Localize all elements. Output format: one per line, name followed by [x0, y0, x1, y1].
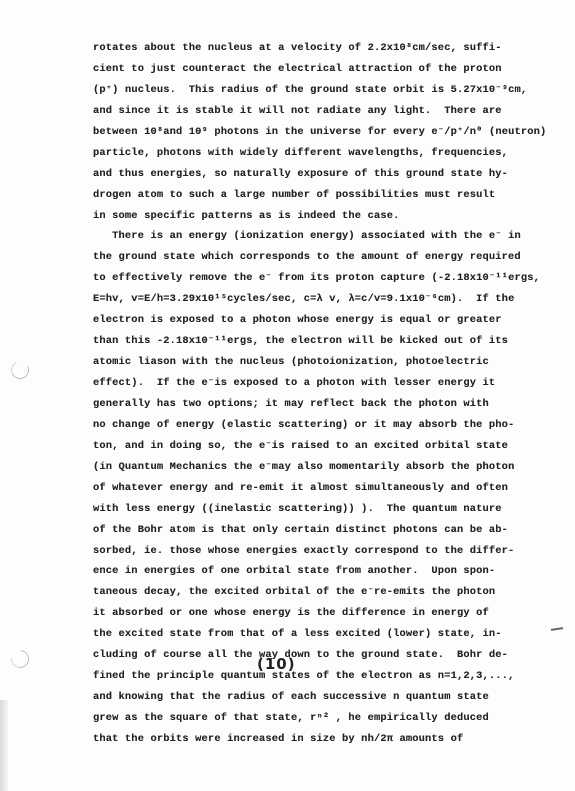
text-line: in some specific patterns as is indeed t… [93, 206, 553, 227]
page-number: (10) [257, 655, 296, 673]
text-line: sorbed, ie. those whose energies exactly… [93, 541, 553, 562]
text-line: and thus energies, so naturally exposure… [93, 164, 553, 185]
text-line: electron is exposed to a photon whose en… [93, 310, 553, 331]
text-line: generally has two options; it may reflec… [93, 394, 553, 415]
text-line: than this -2.18x10⁻¹¹ergs, the electron … [93, 331, 553, 352]
text-line: of the Bohr atom is that only certain di… [93, 520, 553, 541]
text-line: to effectively remove the e⁻ from its pr… [93, 268, 553, 289]
text-line: the excited state from that of a less ex… [93, 624, 553, 645]
punch-hole-mark [8, 358, 31, 381]
punch-hole-mark [7, 646, 32, 671]
typewritten-body: rotates about the nucleus at a velocity … [93, 38, 553, 750]
text-line: no change of energy (elastic scattering)… [93, 415, 553, 436]
text-line: and knowing that the radius of each succ… [93, 687, 553, 708]
text-line: atomic liason with the nucleus (photoion… [93, 352, 553, 373]
text-line: drogen atom to such a large number of po… [93, 185, 553, 206]
text-line: cient to just counteract the electrical … [93, 59, 553, 80]
text-line: with less energy ((inelastic scattering)… [93, 499, 553, 520]
text-line: of whatever energy and re-emit it almost… [93, 478, 553, 499]
text-line: There is an energy (ionization energy) a… [93, 226, 553, 247]
text-line: between 10⁸and 10⁹ photons in the univer… [93, 122, 553, 143]
text-line: and since it is stable it will not radia… [93, 101, 553, 122]
text-line: the ground state which corresponds to th… [93, 247, 553, 268]
text-line: rotates about the nucleus at a velocity … [93, 38, 553, 59]
text-line: cluding of course all the way down to th… [93, 645, 553, 666]
page-edge-shadow [0, 700, 8, 791]
text-line: ton, and in doing so, the e⁻is raised to… [93, 436, 553, 457]
text-line: it absorbed or one whose energy is the d… [93, 603, 553, 624]
text-line: that the orbits were increased in size b… [93, 729, 553, 750]
scanned-page: rotates about the nucleus at a velocity … [0, 0, 575, 791]
text-line: (p⁺) nucleus. This radius of the ground … [93, 80, 553, 101]
text-line: E=hv, v=E/h=3.29x10¹⁵cycles/sec, c=λ v, … [93, 289, 553, 310]
text-line: effect). If the e⁻is exposed to a photon… [93, 373, 553, 394]
text-line: (in Quantum Mechanics the e⁻may also mom… [93, 457, 553, 478]
text-line: fined the principle quantum states of th… [93, 666, 553, 687]
text-line: taneous decay, the excited orbital of th… [93, 582, 553, 603]
text-line: grew as the square of that state, rⁿ² , … [93, 708, 553, 729]
text-line: particle, photons with widely different … [93, 143, 553, 164]
text-line: ence in energies of one orbital state fr… [93, 561, 553, 582]
